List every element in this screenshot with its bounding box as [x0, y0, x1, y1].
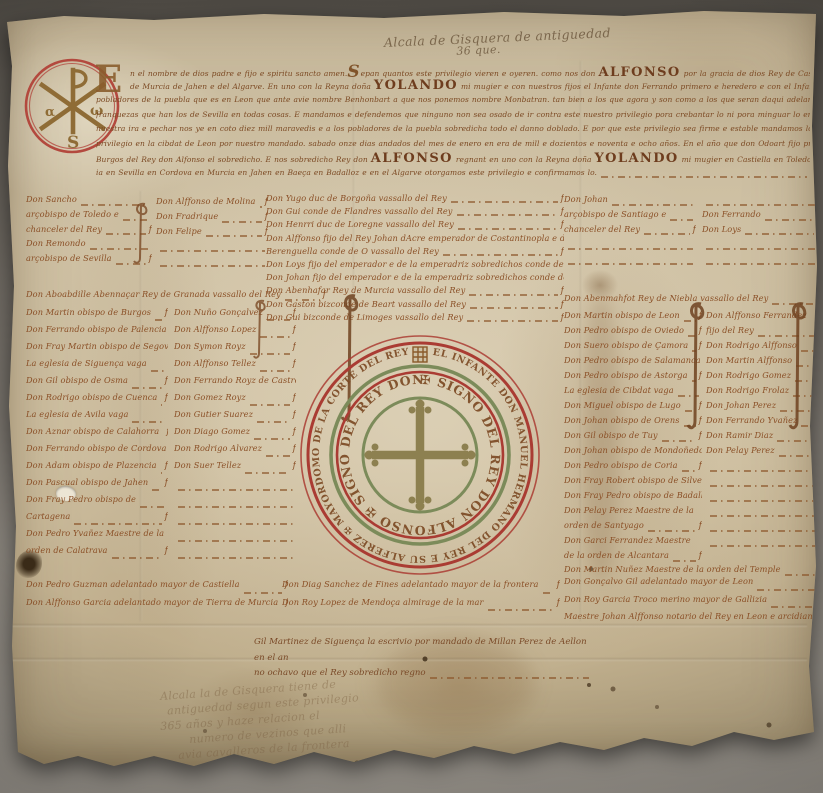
confirmant-name: La eglesia de Cibdat vaga	[564, 385, 674, 395]
confirmation-line: Don Adam obispo de Plazenciaf	[26, 460, 168, 477]
confirmant-name: Don Alffonso fijo del Rey Johan dAcre em…	[266, 233, 564, 243]
confirmation-line: Don Gil obispo de Osmaf	[26, 375, 168, 392]
leader-line	[178, 489, 293, 491]
confirmation-line: Don Fray Robert obispo de Silvef	[564, 475, 702, 490]
confirmant-name: Don Pedro obispo de Salamanca	[564, 355, 701, 365]
confirmation-line: Don Diag Sanchez de Fines adelantado may…	[282, 579, 560, 597]
confirmant-name: Don Felipe	[156, 226, 202, 236]
confirmant-name: Don Miguel obispo de Lugo	[564, 400, 681, 410]
leader-line	[112, 557, 162, 559]
officers-castile: Don Pedro Guzman adelantado mayor de Cas…	[26, 579, 288, 614]
leader-line	[673, 560, 696, 562]
confirmation-line: Don Symon Royzf	[174, 341, 296, 358]
confirmation-line	[174, 528, 296, 545]
confirmant-name: Don Pascual obispo de Jahen	[26, 477, 148, 487]
confirmation-line: Don Martin obispo de Burgosf	[26, 307, 168, 324]
confirmation-line: Don Johan	[564, 194, 696, 209]
confirmant-name: Don Sancho	[26, 194, 77, 204]
parchment-shadow-wrap: Alcala de Gisquera de antiguedad 36 que.…	[0, 0, 823, 793]
confirmant-name: Don Rodrigo Alvarez	[174, 443, 262, 453]
confirmant-name: arçobispo de Sevilla	[26, 253, 112, 263]
confirmant-name: Don Martin Nuñez Maestre de la orden del…	[564, 564, 781, 574]
leader-line	[260, 206, 262, 208]
confirma-mark: f	[165, 546, 168, 556]
confirmant-name: Don Adam obispo de Plazencia	[26, 460, 157, 470]
confirmant-name: arçobispo de Santiago e	[564, 209, 666, 219]
confirma-mark: f	[819, 595, 822, 605]
confirmation-line: orden de Santyagof	[564, 520, 702, 535]
charter-text-segment: S	[347, 65, 360, 80]
pen-flourish-icon	[788, 299, 808, 434]
confirmation-line	[156, 240, 268, 255]
confirmation-column-leon-bishops: Don Martin obispo de LeonfDon Pedro obis…	[564, 310, 702, 565]
confirmation-line	[706, 505, 820, 520]
confirmant-name: Don Symon Royz	[174, 341, 246, 351]
confirma-mark: f	[817, 416, 820, 426]
leader-line	[706, 204, 817, 206]
confirma-mark: f	[293, 308, 296, 318]
confirmant-name: Don Pelay Perez	[706, 445, 775, 455]
rota-seal-icon: ✠ EL INFANTE DON MANUEL HERMANO DEL REY …	[298, 333, 542, 577]
charter-text-segment: franquezas que han los de Sevilla en tod…	[96, 108, 810, 123]
confirma-mark: f	[165, 308, 168, 318]
charter-text-line: nuestra ira e pechar nos ye en coto diez…	[96, 122, 810, 137]
leader-line	[257, 421, 290, 423]
confirmant-name: Don Fray Martin obispo de Segovia	[26, 341, 168, 351]
confirma-mark: f	[817, 225, 820, 235]
confirmation-line	[174, 494, 296, 511]
leader-line	[467, 320, 557, 322]
confirmant-name: Don Roy Lopez de Mendoça almirage de la …	[282, 597, 484, 607]
confirma-mark: f	[699, 461, 702, 471]
confirma-mark: f	[699, 521, 702, 531]
confirmation-line: Don Ferrando Royz de Castrof	[174, 375, 296, 392]
confirmant-name: Don Gonçalvo Gil adelantado mayor de Leo…	[564, 576, 753, 586]
ink-specks	[4, 6, 6, 8]
confirmant-name: Don Gutier Suarez	[174, 409, 253, 419]
charter-text-segment: nuestra ira e pechar nos ye en coto diez…	[96, 122, 810, 137]
charter-body-text: E n el nombre de dios padre e fijo e spi…	[96, 64, 810, 188]
confirmation-line: de la orden de Alcantaraf	[564, 550, 702, 565]
confirma-mark: f	[817, 356, 820, 366]
pen-flourish-icon	[132, 200, 150, 266]
confirmant-name: Don Fradrique	[156, 211, 218, 221]
leader-line	[644, 233, 689, 235]
charter-text-segment: pobladores de la puebla que es en Leon q…	[96, 93, 810, 108]
leader-line	[710, 470, 817, 472]
leader-line	[662, 440, 696, 442]
confirmation-line: Don Fray Martin obispo de Segoviaf	[26, 341, 168, 358]
confirmation-column-castile-nobles: Don Nuño GonçalvezfDon Alffonso LopezfDo…	[174, 307, 296, 562]
confirmant-name: Don Ferrando obispo de Palencia	[26, 324, 167, 334]
scribe-subscription: Gil Martinez de Siguença la escrivio por…	[254, 635, 592, 682]
confirma-mark: f	[817, 210, 820, 220]
confirmation-line: Don Garci Ferrandez Maestre	[564, 535, 702, 550]
leader-line	[254, 438, 289, 440]
confirmant-name: Don Yugo duc de Borgoña vassallo del Rey	[266, 193, 447, 203]
confirmant-name: Don Martin Alffonso	[706, 355, 792, 365]
confirmation-line: chanceler del Reyf	[564, 224, 696, 239]
confirmant-name: Don Fray Pedro obispo de	[26, 494, 136, 504]
confirma-mark: f	[293, 342, 296, 352]
confirmation-line: Don Pedro obispo de Salamancaf	[564, 355, 702, 370]
leader-line	[140, 506, 165, 508]
confirmation-line: Don Roy Lopez de Mendoça almirage de la …	[282, 597, 560, 615]
leader-line	[250, 404, 290, 406]
confirmant-name: Don Remondo	[26, 238, 86, 248]
leader-line	[161, 472, 162, 474]
leader-line	[152, 489, 161, 491]
confirmation-line: Don Alffonso Garcia adelantado mayor de …	[26, 597, 288, 615]
confirma-mark: f	[293, 393, 296, 403]
confirmation-column-right: Don FerrandofDon Loysf	[702, 194, 820, 268]
confirmation-line: Don Alffonso de Molinaf	[156, 196, 268, 211]
leader-line	[568, 263, 693, 265]
leader-line	[648, 530, 696, 532]
confirmant-name: Don Martin obispo de Burgos	[26, 307, 151, 317]
charter-text-line: Burgos del Rey don Alfonso el sobredicho…	[96, 152, 810, 167]
confirmant-name: arçobispo de Toledo e	[26, 209, 119, 219]
confirmation-line: Don Gomez Royzf	[174, 392, 296, 409]
confirmant-name: Don Rodrigo Alffonso	[706, 340, 797, 350]
confirmant-name: Don Pedro Yvañez Maestre de la	[26, 528, 164, 538]
confirmation-line: Don Ferrando obispo de Cordovaf	[26, 443, 168, 460]
confirmation-line: Don Gonçalvo Gil adelantado mayor de Leo…	[564, 576, 822, 594]
confirma-mark: f	[293, 444, 296, 454]
confirma-mark: f	[819, 565, 822, 575]
confirmant-name: Don Pelay Perez Maestre de la	[564, 505, 694, 515]
charter-text-line: franquezas que han los de Sevilla en tod…	[96, 108, 810, 123]
confirma-mark: f	[817, 431, 820, 441]
leader-line	[178, 557, 293, 559]
confirmation-line: Don Suer Tellezf	[174, 460, 296, 477]
charter-text-segment: de Murcia de Jahen e del Algarve. En uno…	[130, 80, 371, 95]
confirmant-name: Don Rodrigo Frolaz	[706, 385, 789, 395]
leader-line	[682, 470, 696, 472]
confirmation-line: arçobispo de Santiago e	[564, 209, 696, 224]
leader-line	[771, 606, 815, 608]
confirmant-name: La eglesia de Siguença vaga	[26, 358, 147, 368]
confirmation-line: Don Aboabdille Abennaçar Rey de Granada …	[26, 289, 326, 304]
leader-line	[710, 545, 817, 547]
confirmant-name: Don Johan fijo del emperador e de la emp…	[266, 272, 564, 282]
confirmation-line: Don Pascual obispo de Jahenf	[26, 477, 168, 494]
confirmant-name: Don Pedro obispo de Astorga	[564, 370, 688, 380]
royal-name-display: ALFONSO	[595, 66, 683, 81]
confirmation-line	[702, 238, 820, 253]
parchment-charter: Alcala de Gisquera de antiguedad 36 que.…	[4, 6, 819, 768]
leader-line	[178, 506, 293, 508]
leader-line	[706, 248, 817, 250]
confirmant-name: Don Gil obispo de Osma	[26, 375, 128, 385]
confirmation-line: Don Johan obispo de Orensf	[564, 415, 702, 430]
confirmation-line: Don Johan fijo del emperador e de la emp…	[266, 272, 564, 285]
leader-line	[74, 523, 161, 525]
confirmant-name: orden de Santyago	[564, 520, 644, 530]
confirmation-line	[706, 460, 820, 475]
leader-line	[222, 221, 261, 223]
confirmation-line: Don Aznar obispo de Calahorraf	[26, 426, 168, 443]
leader-line	[710, 500, 817, 502]
confirma-mark: f	[293, 427, 296, 437]
confirmant-name: Don Martin obispo de Leon	[564, 310, 680, 320]
leader-line	[670, 219, 693, 221]
confirmation-line	[702, 194, 820, 209]
confirmation-line: Don Pedro obispo de Astorgaf	[564, 370, 702, 385]
confirma-mark: f	[557, 598, 560, 608]
leader-line	[206, 235, 262, 237]
confirmation-line: Don Pelay Perezf	[706, 445, 820, 460]
central-cross-icon	[365, 400, 475, 510]
confirmation-line: Cartagenaf	[26, 511, 168, 528]
leader-line	[244, 592, 282, 594]
confirmation-line: Don Henrri duc de Loregne vassallo del R…	[266, 219, 564, 232]
confirmation-line: La eglesia de Avila vaga	[26, 409, 168, 426]
confirmant-name: Don Alffonso Lopez	[174, 324, 256, 334]
leader-line	[260, 370, 290, 372]
leader-line	[710, 530, 817, 532]
ring-cross-badge-icon	[413, 347, 427, 362]
confirmant-name: Don Johan obispo de Mondoñedo	[564, 445, 702, 455]
confirmant-name: Don Johan obispo de Orens	[564, 415, 680, 425]
confirmation-line: Don Pedro obispo de Oviedof	[564, 325, 702, 340]
confirmant-name: Don Henrri duc de Loregne vassallo del R…	[266, 219, 454, 229]
confirma-mark: f	[557, 580, 560, 590]
confirmation-line: Don Loys fijo del emperador e de la empe…	[266, 259, 564, 272]
leader-line	[543, 592, 554, 594]
confirmant-name: Don Pedro obispo de Coria	[564, 460, 678, 470]
confirma-mark: f	[819, 294, 822, 304]
confirmation-line: Don Yugo duc de Borgoña vassallo del Rey…	[266, 193, 564, 206]
leader-line	[757, 589, 815, 591]
confirmation-line: Don Gutier Suarezf	[174, 409, 296, 426]
confirmation-line: Don Gui conde de Flandres vassallo del R…	[266, 206, 564, 219]
confirmant-name: Don Johan	[564, 194, 608, 204]
confirmant-name: Don Fray Robert obispo de Silve	[564, 475, 702, 485]
pen-flourish-icon	[252, 297, 268, 361]
confirmation-line: Don Rodrigo obispo de Cuencaf	[26, 392, 168, 409]
confirmant-name: Don Alffonso Garcia adelantado mayor de …	[26, 597, 278, 607]
confirmation-line	[706, 520, 820, 535]
leader-line	[765, 219, 814, 221]
confirmation-line: Don Diago Gomezf	[174, 426, 296, 443]
leader-line	[470, 307, 558, 309]
confirmation-line: Don Miguel obispo de Lugof	[564, 400, 702, 415]
confirmation-line	[706, 490, 820, 505]
granada-header-line: Don Aboabdille Abennaçar Rey de Granada …	[26, 289, 326, 304]
confirmant-name: Maestre Johan Alffonso notario del Rey e…	[564, 611, 822, 621]
confirmation-line: orden de Calatravaf	[26, 545, 168, 562]
leader-line	[710, 515, 817, 517]
confirmant-name: Don Abenmahfot Rey de Niebla vassallo de…	[564, 293, 768, 303]
archival-note-bottom: Alcala la de Gisquera tiene de antigueda…	[160, 675, 363, 764]
confirmation-line: Don Nuño Gonçalvezf	[174, 307, 296, 324]
confirma-mark: f	[819, 577, 822, 587]
leader-line	[430, 677, 589, 679]
leader-line	[178, 540, 293, 542]
confirmation-line: Maestre Johan Alffonso notario del Rey e…	[564, 611, 822, 629]
confirma-mark: f	[165, 512, 168, 522]
confirma-mark: f	[323, 290, 326, 300]
confirmation-line: La eglesia de Cibdat vaga	[564, 385, 702, 400]
confirmation-line: Don Alffonso Tellezf	[174, 358, 296, 375]
confirma-mark: f	[693, 225, 696, 235]
leader-line	[745, 233, 813, 235]
confirmation-line: Don Fradriquef	[156, 211, 268, 226]
royal-name-display: ALFONSO	[368, 152, 456, 167]
charter-text-segment: Burgos del Rey don Alfonso el sobredicho…	[96, 153, 368, 168]
confirmation-line	[174, 545, 296, 562]
confirmation-line: Don Fray Pedro obispo de Badallozf	[564, 490, 702, 505]
confirmant-name: Don Diago Gomez	[174, 426, 250, 436]
leader-line	[245, 472, 289, 474]
confirmation-line: Don Pelay Perez Maestre de la	[564, 505, 702, 520]
confirmant-name: Don Garci Ferrandez Maestre	[564, 535, 691, 545]
leader-line	[710, 485, 817, 487]
confirma-mark: f	[165, 393, 168, 403]
confirmant-name: Don Ferrando Royz de Castro	[174, 375, 296, 385]
confirmant-name: Don Diag Sanchez de Fines adelantado may…	[282, 579, 539, 589]
confirma-mark: f	[166, 427, 168, 437]
confirmant-name: Don Ferrando Yvañez	[706, 415, 797, 425]
confirmation-line: Don Gil obispo de Tuyf	[564, 430, 702, 445]
confirmation-line: Don Rodrigo Alvarezf	[174, 443, 296, 460]
confirmation-line: Don Pedro Yvañez Maestre de la	[26, 528, 168, 545]
confirmation-line: Don Fray Pedro obispo de	[26, 494, 168, 511]
confirmant-name: Don Aznar obispo de Calahorra	[26, 426, 159, 436]
confirmant-name: Don Suer Tellez	[174, 460, 241, 470]
royal-name-display: YOLANDO	[592, 152, 682, 167]
confirma-mark: f	[293, 410, 296, 420]
royal-name-display: YOLANDO	[371, 79, 461, 94]
charter-text-segment: mi mugier e con nuestros fijos el Infant…	[461, 80, 810, 95]
confirmant-name: Don Loys	[702, 224, 741, 234]
confirmant-name: Don Suero obispo de Çamora	[564, 340, 688, 350]
leader-line	[178, 523, 293, 525]
confirmant-name: Berenguella conde de O vassallo del Rey	[266, 246, 439, 256]
confirmation-line	[174, 511, 296, 528]
leader-line	[488, 609, 554, 611]
confirmation-line: Berenguella conde de O vassallo del Reyf	[266, 246, 564, 259]
confirma-mark: f	[165, 478, 168, 488]
confirmant-name: La eglesia de Avila vaga	[26, 409, 128, 419]
confirmation-line: Don Roy Garcia Troco merino mayor de Gal…	[564, 594, 822, 612]
confirmation-line: Don Ferrandof	[702, 209, 820, 224]
officers-leon: Don Gonçalvo Gil adelantado mayor de Leo…	[564, 576, 822, 629]
drop-cap-initial: E	[96, 64, 122, 94]
leader-line	[132, 421, 165, 423]
confirmation-line: Don Alffonso fijo del Rey Johan dAcre em…	[266, 233, 564, 246]
confirma-mark: f	[817, 386, 820, 396]
confirmation-line: Don Alffonso Lopezf	[174, 324, 296, 341]
leader-line	[285, 299, 320, 301]
confirmation-column-castile-bishops: Don Martin obispo de BurgosfDon Ferrando…	[26, 307, 168, 562]
confirmant-name: fijo del Rey	[706, 325, 754, 335]
officers-frontera: Don Diag Sanchez de Fines adelantado may…	[282, 579, 560, 614]
confirmation-column-infantes: Don Alffonso de MolinafDon FradriquefDon…	[156, 196, 268, 270]
confirmant-name: Don Gui conde de Flandres vassallo del R…	[266, 206, 453, 216]
confirma-mark: f	[817, 341, 820, 351]
svg-text:S: S	[67, 133, 79, 153]
confirmant-name: Don Pedro Guzman adelantado mayor de Cas…	[26, 579, 240, 589]
charter-lines: n el nombre de dios padre e fijo e spiri…	[96, 64, 810, 181]
leader-line	[779, 455, 814, 457]
confirmant-name: orden de Calatrava	[26, 545, 108, 555]
confirmation-line	[702, 253, 820, 268]
confirmation-line	[156, 255, 268, 270]
confirmant-name: Don Pedro obispo de Oviedo	[564, 325, 684, 335]
confirmant-name: Don Gomez Royz	[174, 392, 246, 402]
confirmant-name: Don Gil obispo de Tuy	[564, 430, 658, 440]
leader-line	[155, 319, 162, 321]
confirmant-name: Don Ferrando obispo de Cordova	[26, 443, 166, 453]
charter-text-line: ia en Sevilla en Cordova en Murcia en Ja…	[96, 166, 810, 181]
confirmation-line: Don Pedro obispo de Coriaf	[564, 460, 702, 475]
confirmant-name: chanceler del Rey	[26, 224, 102, 234]
confirmant-name: Don Johan Perez	[706, 400, 776, 410]
confirmant-name: Don Rodrigo Gomez	[706, 370, 791, 380]
confirmation-column-vassals: Don Yugo duc de Borgoña vassallo del Rey…	[266, 193, 564, 325]
confirmation-line	[706, 535, 820, 550]
charter-text-line: privilegio en la cibdat de Leon por nues…	[96, 137, 810, 152]
leader-line	[706, 263, 817, 265]
leader-line	[568, 248, 693, 250]
charter-text-line: n el nombre de dios padre e fijo e spiri…	[96, 64, 810, 79]
confirmation-column-santiago: Don Johanarçobispo de Santiago echancele…	[564, 194, 696, 268]
leader-line	[612, 204, 693, 206]
confirmation-line: Don Johan obispo de Mondoñedof	[564, 445, 702, 460]
svg-text:α: α	[45, 105, 55, 120]
confirma-mark: f	[165, 461, 168, 471]
confirmation-line: Don Pedro Guzman adelantado mayor de Cas…	[26, 579, 288, 597]
leader-line	[601, 176, 807, 178]
confirma-mark: f	[699, 551, 702, 561]
confirmation-line	[564, 238, 696, 253]
charter-text-line: pobladores de la puebla que es en Leon q…	[96, 93, 810, 108]
confirma-mark: f	[817, 401, 820, 411]
rota-seal-svg: ✠ EL INFANTE DON MANUEL HERMANO DEL REY …	[298, 333, 542, 577]
confirma-mark: f	[165, 376, 168, 386]
leader-line	[457, 214, 558, 216]
charter-text-line: de Murcia de Jahen e del Algarve. En uno…	[96, 79, 810, 94]
confirmant-name: Don Nuño Gonçalvez	[174, 307, 263, 317]
pen-flourish-icon	[686, 299, 706, 434]
confirmant-name: Don Fray Pedro obispo de Badalloz	[564, 490, 702, 500]
confirmant-name: Don Rodrigo obispo de Cuenca	[26, 392, 157, 402]
confirma-mark: f	[293, 325, 296, 335]
charter-text-segment: regnant en uno con la Reyna doña	[456, 153, 592, 168]
confirmant-name: Don Alffonso Tellez	[174, 358, 256, 368]
confirmant-name: Don Alffonso de Molina	[156, 196, 256, 206]
scribe-line: Gil Martinez de Siguença la escrivio por…	[254, 635, 592, 666]
charter-text-segment: mi mugier en Castiella en Toledo en Leon…	[682, 153, 810, 168]
confirmant-name: Don Loys fijo del emperador e de la empe…	[266, 259, 564, 269]
confirmation-line: Don Gui bizconde de Limoges vassallo del…	[266, 312, 564, 325]
archival-note-top: Alcala de Gisquera de antiguedad 36 que.	[384, 25, 612, 61]
leader-line	[267, 319, 290, 321]
leader-line	[451, 201, 558, 203]
confirmation-line: Don Suero obispo de Çamoraf	[564, 340, 702, 355]
confirmant-name: Cartagena	[26, 511, 70, 521]
charter-text-segment: privilegio en la cibdat de Leon por nues…	[96, 137, 810, 152]
charter-text-segment: ia en Sevilla en Cordova en Murcia en Ja…	[96, 166, 597, 181]
leader-line	[160, 265, 265, 267]
leader-line	[777, 440, 813, 442]
confirmant-name: Don Aboabdille Abennaçar Rey de Granada …	[26, 289, 281, 299]
leader-line	[443, 254, 558, 256]
confirmant-name: chanceler del Rey	[564, 224, 640, 234]
confirmation-line	[564, 253, 696, 268]
